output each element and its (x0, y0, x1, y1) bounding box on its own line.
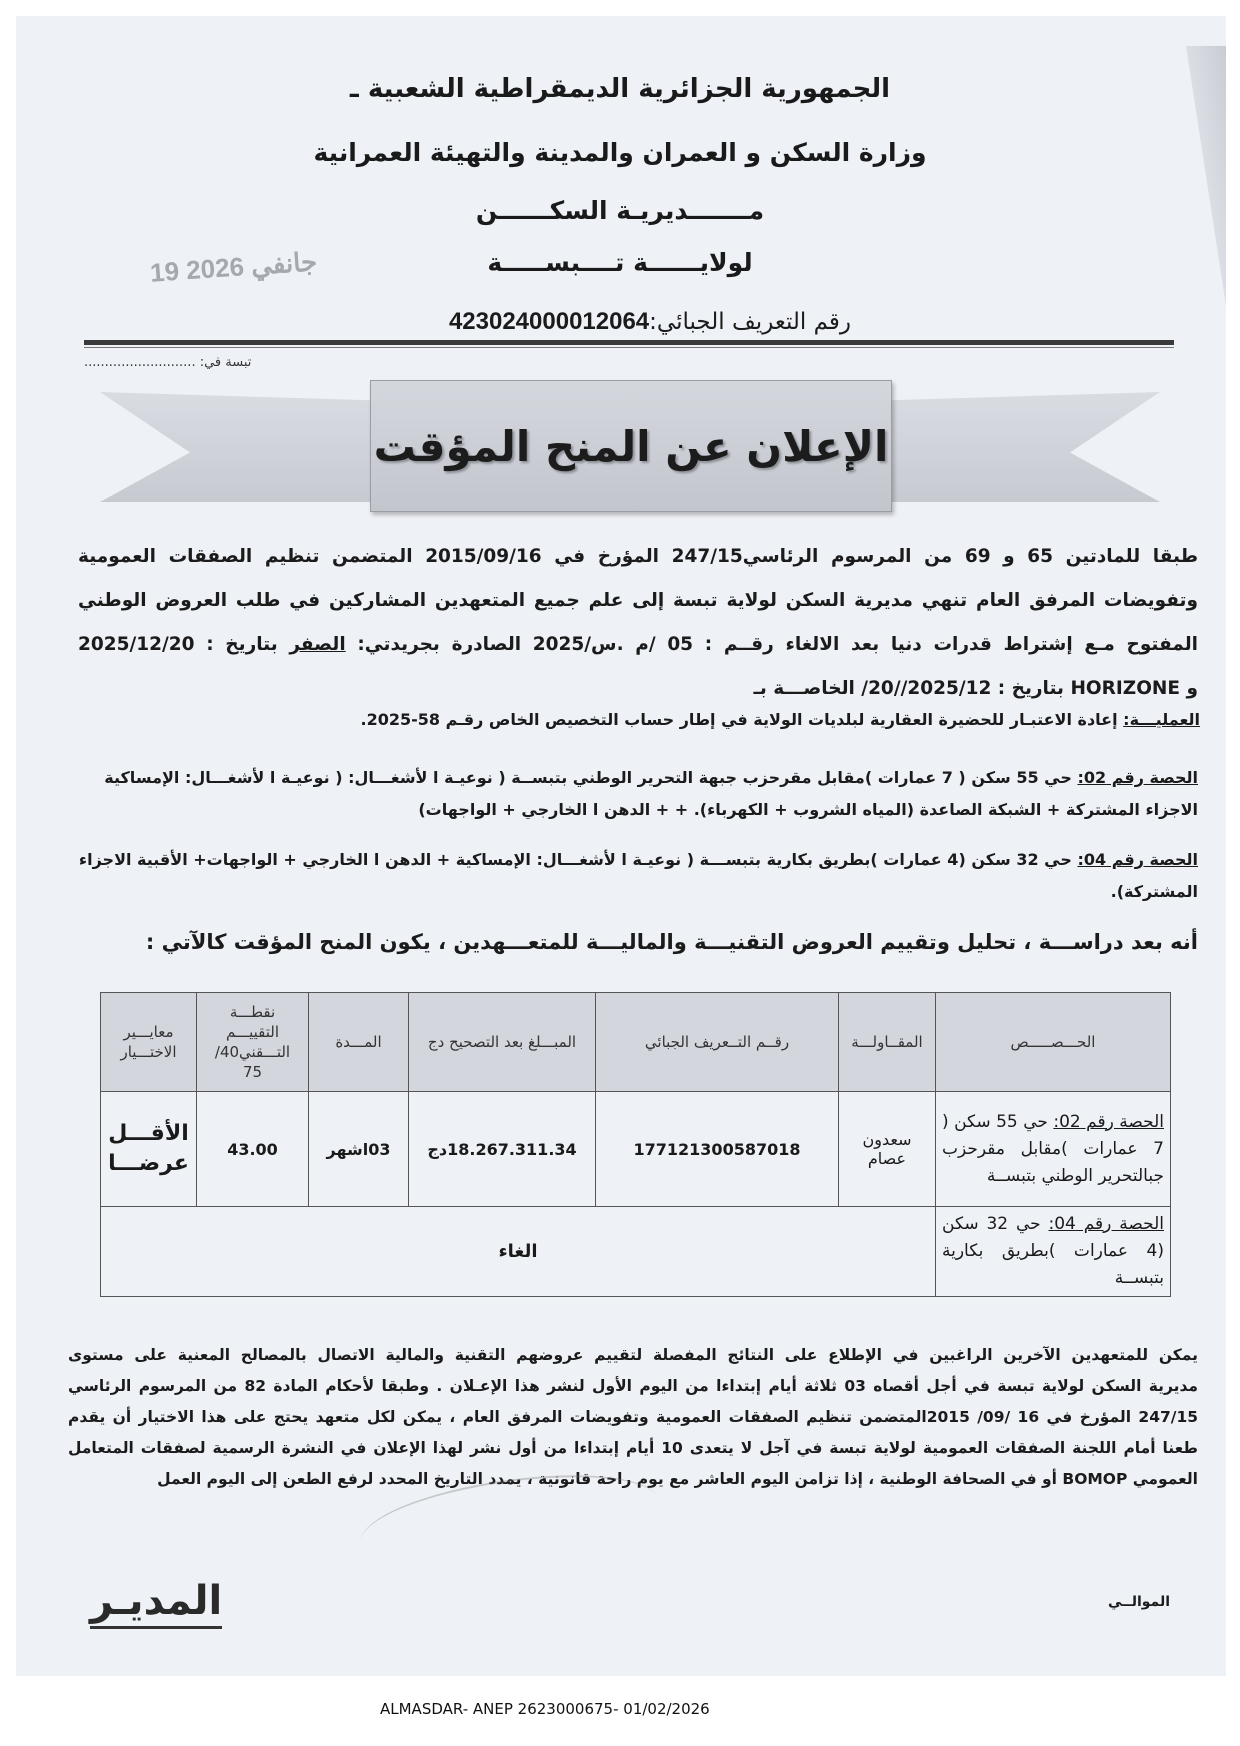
page-title: الإعلان عن المنح المؤقت (374, 422, 889, 471)
appeal-notice: يمكن للمتعهدين الآخرين الراغبين في الإطل… (68, 1340, 1198, 1495)
award-lead-sentence: أنه بعد دراســـة ، تحليل وتقييم العروض ا… (68, 930, 1198, 954)
lot-description: الحصة رقم 04: حي 32 سكن (4 عمارات )بطريق… (78, 844, 1198, 908)
award-table: الحـــصـــــص المقــاولـــة رقــم التــع… (100, 992, 1171, 1297)
operation-line: العمليـــة: إعادة الاعتبـار للحضيرة العق… (70, 710, 1200, 729)
header-rule-thick (84, 340, 1174, 345)
cell-duration: 03اشهر (309, 1092, 409, 1207)
intro-line: وتفويضات المرفق العام تنهي مديرية السكن … (78, 579, 1198, 623)
ministry-heading: وزارة السكن و العمران والمدينة والتهيئة … (300, 138, 940, 167)
tax-id-label: رقم التعريف الجبائي: (649, 309, 851, 335)
col-header-amount: المبـــلغ بعد التصحيح دج (409, 993, 596, 1092)
intro-paragraph: طبقا للمادتين 65 و 69 من المرسوم الرئاسي… (78, 535, 1198, 711)
col-header-duration: المـــدة (309, 993, 409, 1092)
lot-label: الحصة رقم 04: (1077, 850, 1198, 869)
cell-tech-score: 43.00 (197, 1092, 309, 1207)
lot-description: الحصة رقم 02: حي 55 سكن ( 7 عمارات )مقاب… (78, 762, 1198, 826)
cell-cancelled: الغاء (101, 1207, 936, 1297)
directorate-heading: مـــــــديريـة السكــــــن (300, 196, 940, 225)
tax-id-value: 423024000012064 (449, 308, 649, 335)
col-header-tech-score: نقطـــة التقييـــم التـــقني40/ 75 (197, 993, 309, 1092)
cell-tax-id: 177121300587018 (596, 1092, 839, 1207)
banner-panel: الإعلان عن المنح المؤقت (370, 380, 892, 512)
intro-line: و HORIZONE بتاريخ : 2025/12//20/ الخاصــ… (78, 667, 1198, 711)
page-fold-shadow (1186, 46, 1226, 306)
lot-label: الحصة رقم 02: (1077, 768, 1198, 787)
notice-continuation: الموالــي (1108, 1594, 1170, 1610)
notice-line: 247/15 المؤرخ في 16 /09/ 2015المتضمن تنظ… (68, 1402, 1198, 1433)
operation-label: العمليـــة: (1123, 710, 1200, 729)
intro-text: بتاريخ : 2025/12/20 (78, 634, 289, 655)
title-banner: الإعلان عن المنح المؤقت (100, 370, 1160, 520)
cell-contractor: سعدون عصام (839, 1092, 936, 1207)
newspaper-name: الصفر (289, 634, 345, 655)
col-header-tax-id: رقــم التــعريف الجبائي (596, 993, 839, 1092)
place-date: تبسة في: ........................... (84, 355, 251, 370)
notice-line: مديرية السكن لولاية تبسة في أجل أقصاه 03… (68, 1371, 1198, 1402)
lot-label: الحصة رقم 02: (1053, 1112, 1164, 1132)
notice-line: طعنا أمام اللجنة الصفقات العمومية لولاية… (68, 1433, 1198, 1464)
cell-amount: 18.267.311.34دج (409, 1092, 596, 1207)
cell-lot: الحصة رقم 04: حي 32 سكن (4 عمارات )بطريق… (936, 1207, 1171, 1297)
lot-text: حي 32 سكن (4 عمارات )بطريق بكارية بتبســ… (79, 850, 1198, 901)
operation-text: إعادة الاعتبـار للحضيرة العقارية لبلديات… (361, 710, 1124, 729)
director-signature: المديـر (90, 1578, 222, 1629)
col-header-contractor: المقــاولـــة (839, 993, 936, 1092)
intro-line: طبقا للمادتين 65 و 69 من المرسوم الرئاسي… (78, 535, 1198, 579)
intro-line: المفتوح مـع إشتراط قدرات دنيا بعد الالغا… (78, 623, 1198, 667)
tax-id-line: رقم التعريف الجبائي:423024000012064 (420, 308, 880, 336)
lot-label: الحصة رقم 04: (1048, 1214, 1163, 1234)
table-row: الحصة رقم 02: حي 55 سكن ( 7 عمارات )مقاب… (101, 1092, 1171, 1207)
lot-text: حي 55 سكن ( 7 عمارات )مقابل مقرحزب جبهة … (104, 768, 1198, 819)
republic-heading: الجمهورية الجزائرية الديمقراطية الشعبية … (300, 74, 940, 104)
cell-criteria: الأقـــل عرضـــا (101, 1092, 197, 1207)
col-header-lots: الحـــصـــــص (936, 993, 1171, 1092)
cell-lot: الحصة رقم 02: حي 55 سكن ( 7 عمارات )مقاب… (936, 1092, 1171, 1207)
col-header-criteria: معايـــير الاختـــيار (101, 993, 197, 1092)
source-reference: ALMASDAR- ANEP 2623000675- 01/02/2026 (380, 1700, 710, 1718)
intro-text: المفتوح مـع إشتراط قدرات دنيا بعد الالغا… (346, 634, 1198, 655)
header-rule-thin (84, 347, 1174, 348)
table-row: الحصة رقم 04: حي 32 سكن (4 عمارات )بطريق… (101, 1207, 1171, 1297)
wilaya-heading: لولايــــــة تــــبســـــة (300, 248, 940, 277)
table-header-row: الحـــصـــــص المقــاولـــة رقــم التــع… (101, 993, 1171, 1092)
notice-line: يمكن للمتعهدين الآخرين الراغبين في الإطل… (68, 1340, 1198, 1371)
